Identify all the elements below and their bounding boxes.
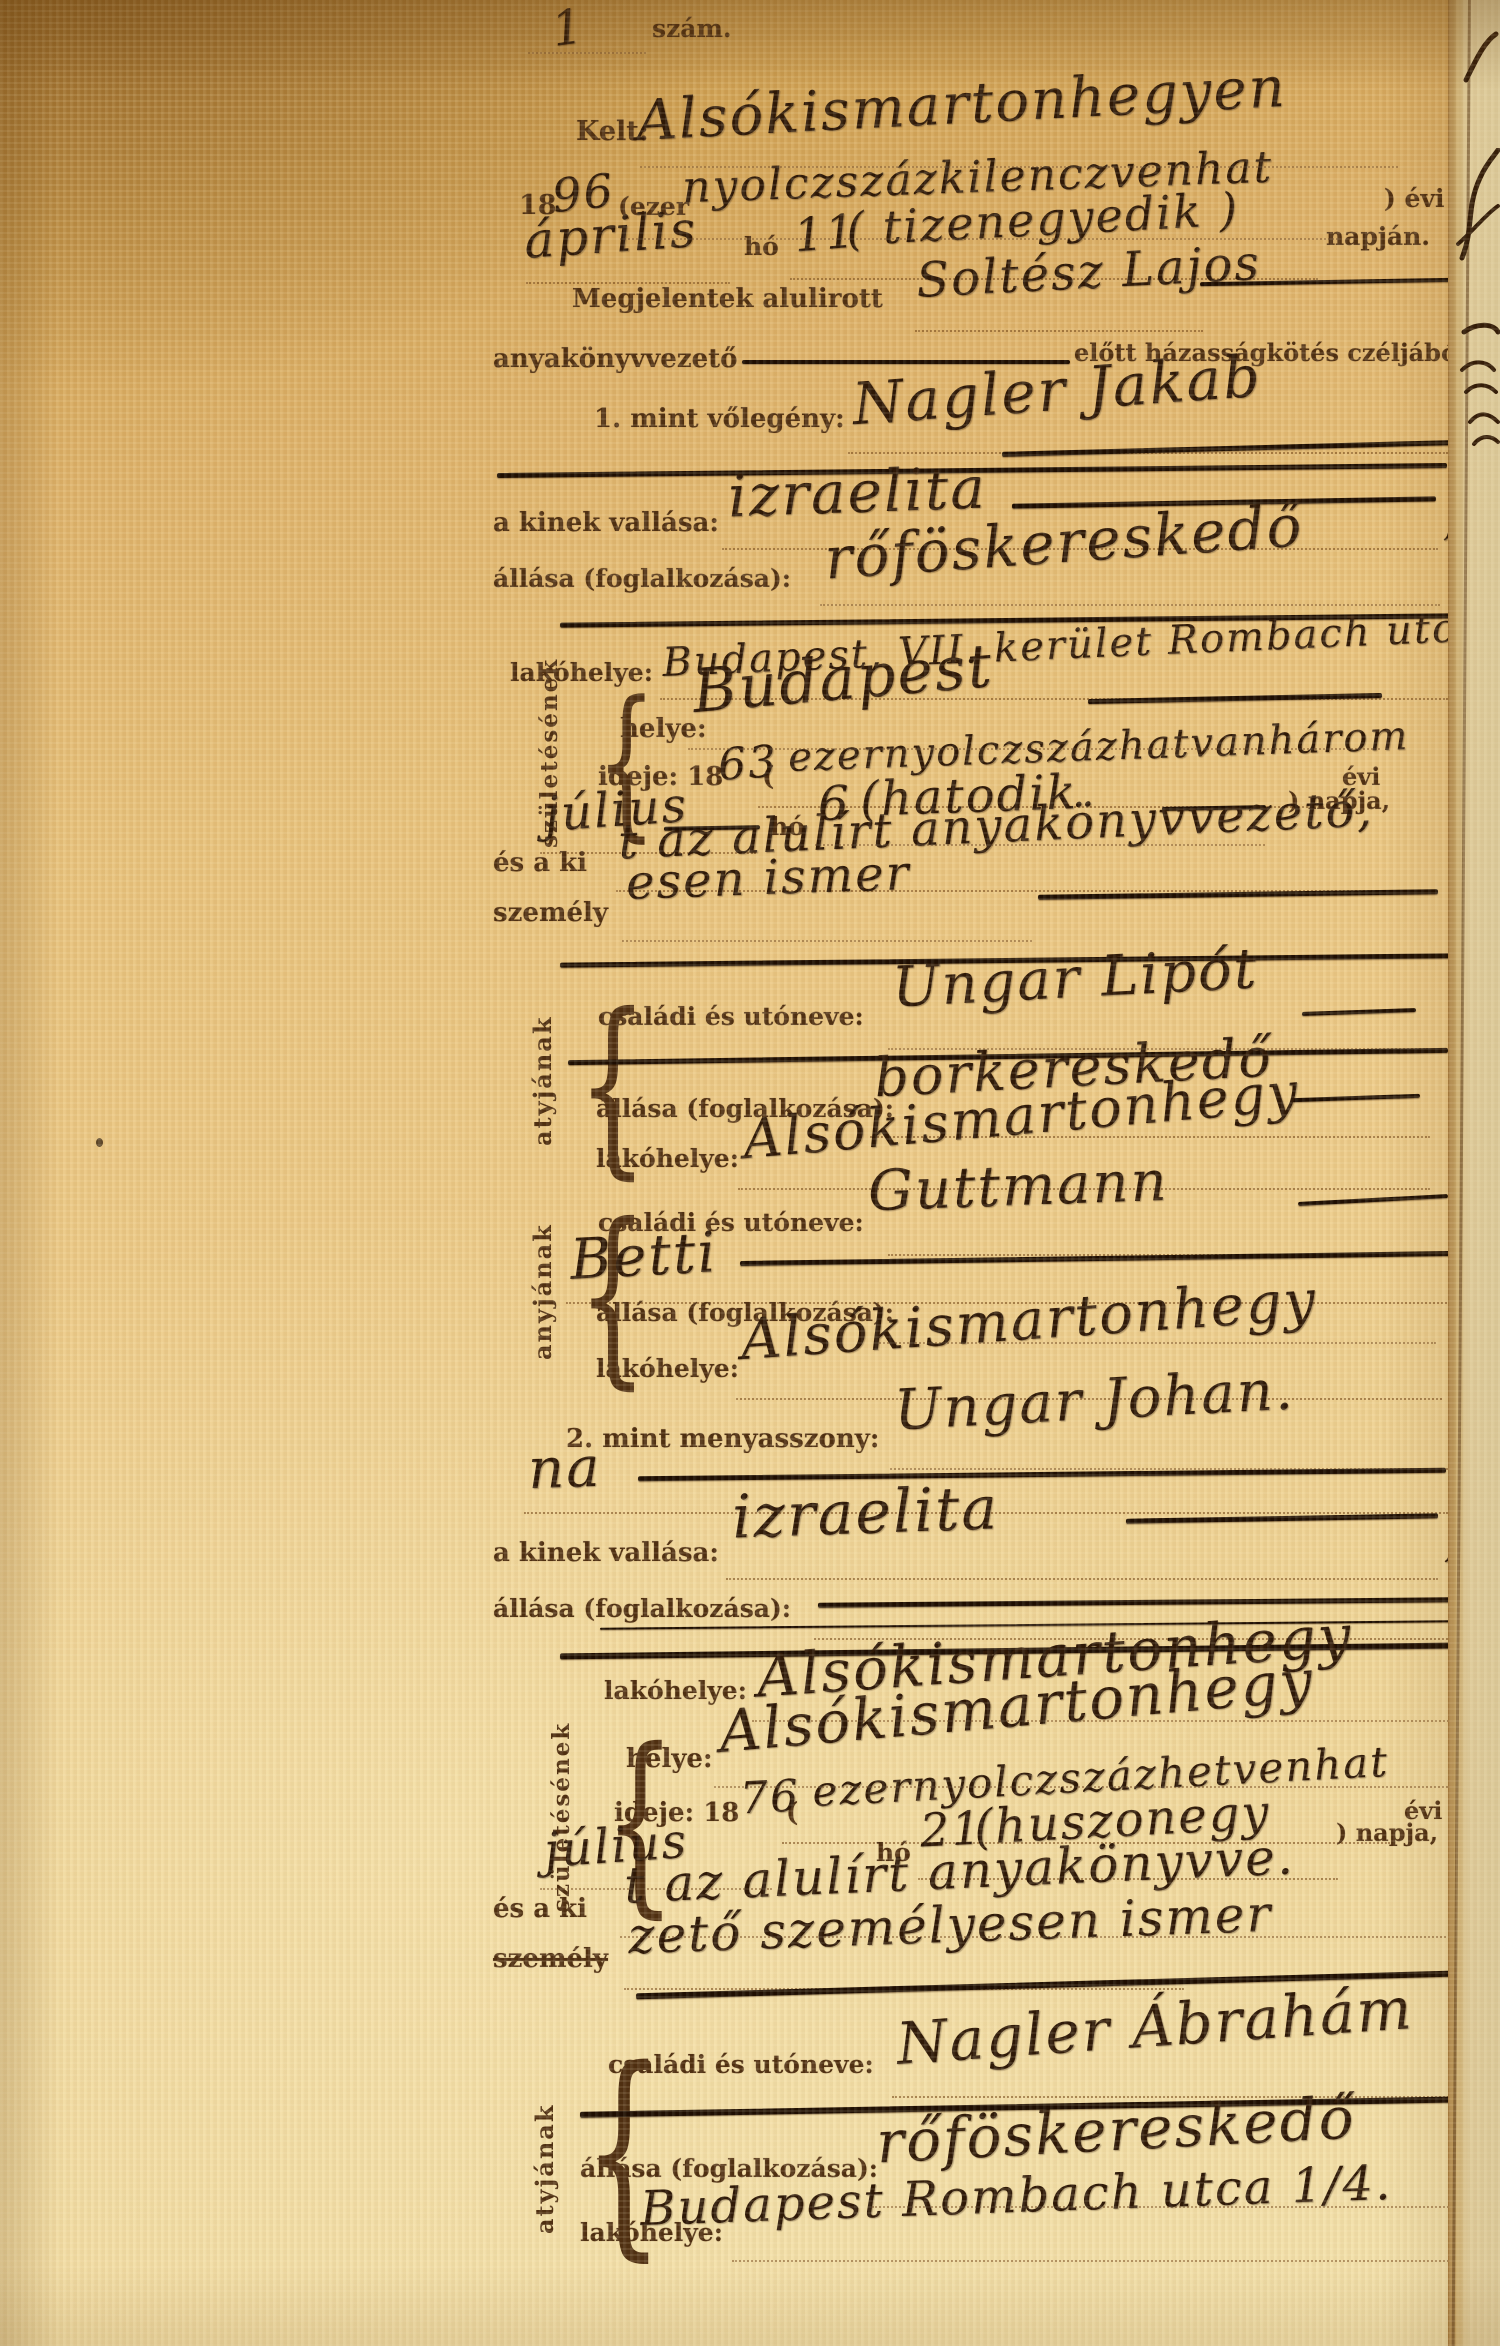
bride-name-line2: na [527, 1435, 603, 1503]
groom-religion-label: a kinek vallása: [493, 508, 719, 538]
registry-page: 1 szám. Kelt: Alsókismartonhegyen 18 96 … [0, 0, 1500, 2346]
groom-father-name-label: családi és utóneve: [598, 1002, 864, 1031]
bride-known-prefix2-label: személy [493, 1944, 608, 1974]
groom-occupation-label: állása (foglalkozása): [493, 564, 791, 593]
groom-residence-label: lakóhelye: [510, 658, 653, 687]
bride-birth-group-label: születésének [548, 1722, 575, 1912]
bride-birth-place-label: helye: [626, 1744, 713, 1774]
bride-religion-fill-line [726, 1578, 1438, 1580]
groom-role-label: 1. mint vőlegény: [594, 404, 845, 434]
groom-name-dash-rule [1002, 440, 1450, 457]
groom-occupation-fill-line [820, 604, 1440, 606]
groom-father-name-dash-rule [1302, 1008, 1416, 1016]
bride-father-group-label: atyjának [530, 2104, 559, 2234]
year-paren-close: ) évi [1384, 184, 1444, 213]
bride-birth-year: 76 [739, 1770, 802, 1824]
groom-mother-surname-dash-rule [1298, 1194, 1448, 1206]
groom-father-name: Ungar Lipót [891, 936, 1260, 1020]
bride-father-name-label: családi és utóneve: [608, 2050, 874, 2079]
registrar-label: anyakönyvvezető [493, 344, 738, 374]
napjan-label: napján. [1326, 222, 1430, 251]
groom-known-text2: esen ismer [625, 845, 911, 911]
margin-ink-fragment [1462, 30, 1500, 90]
registrar-fill-line [915, 330, 1203, 332]
groom-birth-year: 63 [716, 736, 779, 791]
bride-birth-napja-label: ) napja, [1336, 1818, 1438, 1847]
groom-known-prefix2-label: személy [493, 898, 608, 928]
bride-known-prefix-label: és a ki [493, 1894, 587, 1924]
groom-birth-place-label: helye: [620, 714, 707, 744]
bride-religion-dash-rule [1126, 1513, 1438, 1523]
appeared-label: Megjelentek alulirott [572, 284, 883, 314]
adjacent-page-edge [1448, 0, 1500, 2346]
bride-role-label: 2. mint menyasszony: [566, 1424, 879, 1454]
groom-known-fill-line-2 [622, 940, 1032, 942]
groom-mother-residence: Alsókismartonhegy [738, 1268, 1319, 1373]
ho-label: hó [744, 232, 779, 261]
groom-mother-given-name: Betti [568, 1220, 718, 1293]
groom-known-prefix-label: és a ki [493, 848, 587, 878]
dateline-place: Alsókismartonhegyen [635, 55, 1288, 154]
groom-mother-residence-label: lakóhelye: [596, 1354, 739, 1383]
groom-mother-group-label: anyjának [528, 1223, 557, 1360]
groom-father-occupation-dash-rule [1292, 1094, 1420, 1102]
entry-number: 1 [548, 0, 588, 58]
bride-father-residence-fill-line [732, 2260, 1472, 2262]
bride-religion-label: a kinek vallása: [493, 1538, 719, 1568]
number-label: szám. [652, 14, 732, 43]
groom-birth-place-dash-rule [1088, 693, 1382, 704]
groom-mother-surname: Guttmann [867, 1149, 1170, 1224]
bride-name-line1: Ungar Johan. [893, 1358, 1296, 1444]
bride-occupation-label: állása (foglalkozása): [493, 1594, 791, 1623]
bride-occupation-dash-rule [818, 1597, 1452, 1608]
bride-religion: izraelita [731, 1473, 1000, 1552]
groom-father-residence-label: lakóhelye: [596, 1144, 739, 1173]
groom-name: Nagler Jakab [850, 342, 1264, 438]
margin-ink-fragment [1454, 318, 1500, 448]
groom-father-group-label: atyjának [528, 1016, 557, 1146]
ink-speck [96, 1138, 103, 1147]
margin-ink-fragment [1456, 148, 1500, 268]
dateline-month: április [522, 200, 699, 270]
